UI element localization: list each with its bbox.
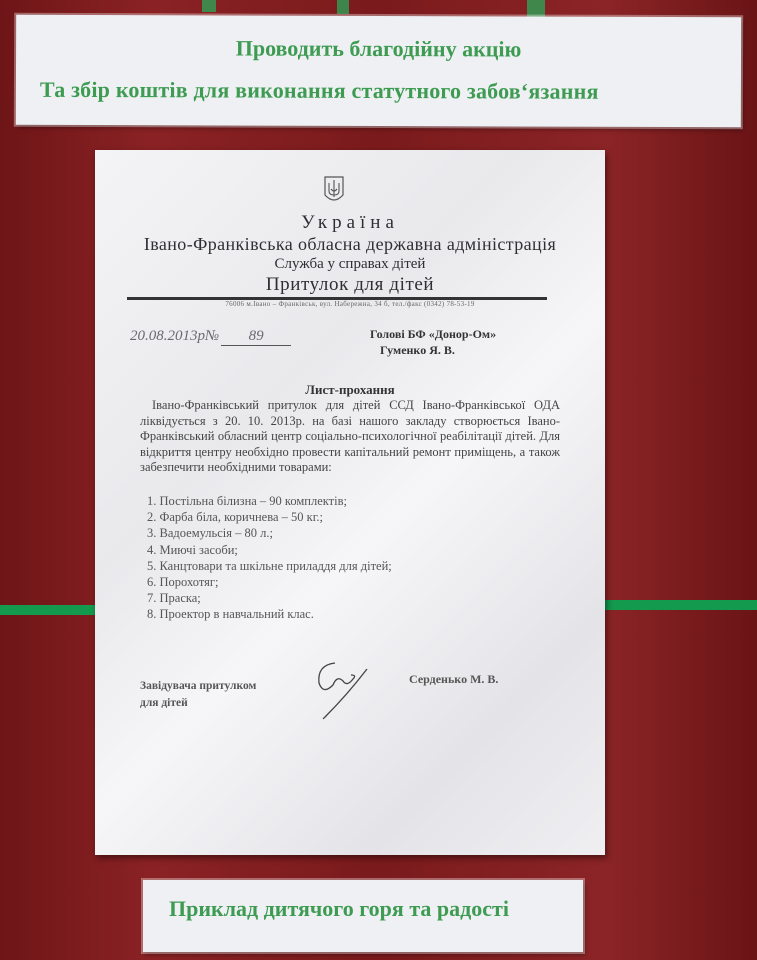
list-item: 3. Вадоемульсія – 80 л.; bbox=[147, 525, 392, 541]
addressee-line1: Голові БФ «Донор-Ом» bbox=[370, 326, 496, 342]
green-stripe-right bbox=[600, 600, 757, 610]
header-administration: Івано-Франківська обласна державна адмін… bbox=[95, 234, 605, 255]
request-letter: Україна Івано-Франківська обласна держав… bbox=[95, 150, 605, 855]
top-sign: Проводить благодійну акцію Та збір кошті… bbox=[16, 15, 741, 128]
green-tape bbox=[337, 0, 349, 14]
signatory-name: Серденько М. В. bbox=[409, 672, 498, 687]
letter-body-paragraph: Івано-Франківський притулок для дітей СС… bbox=[140, 398, 560, 476]
bottom-sign: Приклад дитячого горя та радості bbox=[143, 880, 583, 952]
list-item: 6. Порохотяг; bbox=[147, 574, 392, 590]
bottom-sign-line1: Приклад дитячого горя та радості bbox=[169, 896, 509, 922]
registration-line: 20.08.2013р№89 bbox=[130, 328, 291, 346]
green-tape bbox=[527, 0, 545, 18]
header-country: Україна bbox=[95, 212, 605, 234]
header-institution: Притулок для дітей bbox=[95, 274, 605, 296]
list-item: 8. Проектор в навчальний клас. bbox=[147, 606, 392, 622]
signatory-role-line2: для дітей bbox=[140, 695, 256, 712]
header-service: Служба у справах дітей bbox=[95, 256, 605, 273]
green-stripe-left bbox=[0, 605, 100, 615]
needs-list: 1. Постільна білизна – 90 комплектів; 2.… bbox=[147, 493, 392, 623]
letter-title: Лист-прохання bbox=[95, 382, 605, 398]
list-item: 7. Праска; bbox=[147, 590, 392, 606]
registration-number: 89 bbox=[221, 328, 291, 346]
list-item: 2. Фарба біла, коричнева – 50 кг.; bbox=[147, 509, 392, 525]
letter-body: Івано-Франківський притулок для дітей СС… bbox=[140, 398, 560, 476]
number-label: № bbox=[205, 328, 219, 344]
top-sign-line2: Та збір коштів для виконання статутного … bbox=[40, 77, 599, 105]
trident-icon bbox=[323, 175, 345, 205]
top-sign-line1: Проводить благодійну акцію bbox=[16, 35, 741, 64]
list-item: 5. Канцтовари та шкільне приладдя для ді… bbox=[147, 558, 392, 574]
signatory-role-line1: Завідувача притулком bbox=[140, 678, 256, 695]
list-item: 1. Постільна білизна – 90 комплектів; bbox=[147, 493, 392, 509]
signatory-role: Завідувача притулком для дітей bbox=[140, 678, 256, 712]
green-tape bbox=[202, 0, 216, 12]
list-item: 4. Миючі засоби; bbox=[147, 542, 392, 558]
header-address: 76006 м.Івано – Франківськ, вул. Набереж… bbox=[95, 300, 605, 308]
addressee: Голові БФ «Донор-Ом» Гуменко Я. В. bbox=[370, 326, 496, 358]
addressee-line2: Гуменко Я. В. bbox=[370, 342, 496, 358]
registration-date: 20.08.2013р bbox=[130, 328, 205, 344]
handwritten-signature-icon bbox=[307, 655, 387, 725]
